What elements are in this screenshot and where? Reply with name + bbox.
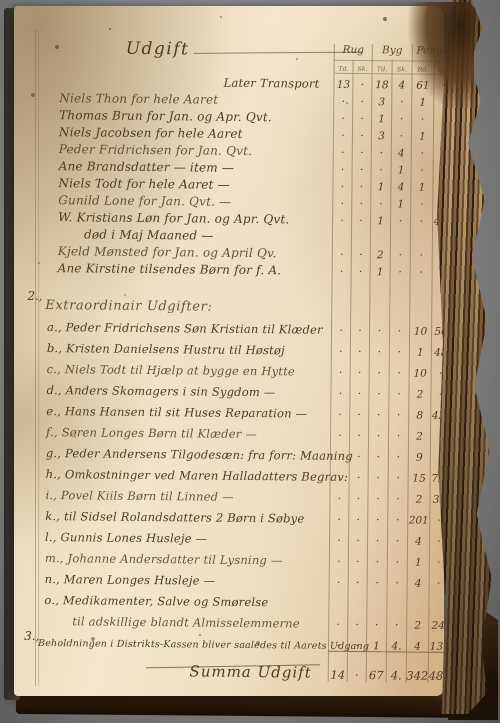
ledger-cell: 1 [370,261,390,278]
ledger-cell: · [388,400,408,421]
ledger-cell: · [329,547,348,568]
ledger-cell: · [368,463,388,484]
ledger-cell: 18 [371,74,391,91]
ledger-cell: · [332,193,351,210]
ledger-cell: · [352,159,371,176]
ledger-cell: · [349,421,368,442]
ledger-cell: 201 [407,506,429,527]
ledger-cell: · [387,568,407,589]
ledger-cell: · [351,261,370,278]
ledger-cell: · [348,505,367,526]
ledger-cell: · [367,484,387,505]
ledger-cell: · [351,210,370,227]
ledger-cell: · [330,463,349,484]
ledger-cell: · [332,261,351,278]
ledger-cell: · [328,610,347,631]
ledger-cell: 1 [366,631,386,652]
ledger-cell: 10 [409,359,431,380]
ledger-cell: 1 [391,159,411,176]
ledger-cell: · [329,568,348,589]
ledger-cell: · [333,108,352,125]
ledger-cell: 13 [333,74,352,91]
ledger-cell: · [348,568,367,589]
ledger-cell: · [368,400,388,421]
ledger-cell: · [367,568,387,589]
ledger-cell: 4 [407,527,429,548]
ledger-cell: · [329,505,348,526]
ledger-cell: · [332,244,351,261]
ledger-cell: · [391,91,411,108]
ledger-cell [366,589,386,610]
ledger-cell [406,590,428,611]
ledger-cell: · [389,337,409,358]
ledger-cell: · [387,547,407,568]
ledger-cell: 3 [371,91,391,108]
ledger-cell: 4. [386,631,406,652]
ledger-cell [328,589,347,610]
ledger-cell: 4 [390,176,410,193]
ledger-cell: · [329,526,348,547]
ledger-cell [389,278,409,291]
ledger-cell: · [390,261,410,278]
ledger-cell: · [391,125,411,142]
ledger-cell [331,278,350,291]
ledger-cell: · [410,211,432,228]
ledger-rows: Later Transport13·18461·Niels Thon for h… [38,71,458,683]
ledger-cell: · [410,245,432,262]
ledger-cell [350,291,369,316]
ledger-cell: · [332,176,351,193]
ledger-cell: · [410,262,432,279]
ledger-cell: 67 [366,651,386,682]
ledger-cell: · [371,142,391,159]
ledger-cell: 4. [386,651,406,682]
ledger-cell: 1 [410,177,432,194]
ledger-cell: · [331,358,350,379]
ledger-cell [369,278,389,291]
ledger-cell [332,227,351,244]
ledger-cell: · [390,244,410,261]
ledger-cell: 4 [391,74,411,91]
ledger-cell: · [391,108,411,125]
ledger-row: Summa Udgift14·674.34248. [38,649,452,683]
ledger-cell: · [368,442,388,463]
ledger-cell: · [347,631,366,652]
ledger-cell: · [348,526,367,547]
ledger-cell: · [388,421,408,442]
ledger-cell: 2 [408,422,430,443]
ledger-cell [386,589,406,610]
ledger-cell [331,291,350,316]
ledger-cell: · [347,610,366,631]
header-label-cell: Udgift [44,38,334,61]
ledger-cell: · [369,316,389,337]
ledger-cell: 3 [371,125,391,142]
page-title: Udgift [60,38,190,59]
ledger-cell: · [328,631,347,652]
ledger-cell: · [389,358,409,379]
ledger-cell [350,278,369,291]
ledger-cell: · [352,125,371,142]
ledger-cell: 4 [391,142,411,159]
ledger-cell [347,589,366,610]
ledger-cell [389,291,409,316]
ledger-cell: · [387,505,407,526]
ledger-cell: · [351,244,370,261]
ledger-cell: · [330,379,349,400]
ledger-cell: · [386,610,406,631]
ledger-cell: 10 [409,317,431,338]
ledger-cell: · [329,484,348,505]
ledger-cell: 1 [390,193,410,210]
ledger-cell: · [371,159,391,176]
photo-of-ledger-book: Udgift Rug Byg Penge Td. Sk. Td. Sk. Rd.… [0,0,500,723]
paper-speckles [14,6,16,8]
ledger-page: Udgift Rug Byg Penge Td. Sk. Td. Sk. Rd.… [14,6,444,696]
ledger-cell: · [331,316,350,337]
ledger-cell: · [387,526,407,547]
ledger-cell: · [331,337,350,358]
ledger-cell: · [352,108,371,125]
ledger-cell: · [333,142,352,159]
ledger-cell: · [352,91,371,108]
ledger-header-row: Udgift Rug Byg Penge [44,24,458,62]
ledger-cell: · [350,316,369,337]
ledger-cell: 9 [408,443,430,464]
ledger-cell: · [348,484,367,505]
ledger-cell: 2 [407,485,429,506]
ledger-cell: · [370,193,390,210]
ledger-cell: · [390,210,410,227]
ledger-cell: 8 [408,401,430,422]
ledger-cell: · [411,160,433,177]
row-label: Summa Udgift [38,661,328,682]
ledger-cell: · [350,358,369,379]
ledger-cell [351,227,370,244]
ledger-cell: · [411,143,433,160]
ledger-cell: · [349,442,368,463]
ledger-cell: · [367,547,387,568]
ledger-cell: · [366,610,386,631]
ledger-cell: 342 [406,652,428,683]
margin-section-number: 3., [24,629,39,643]
ledger-cell [370,227,390,244]
unit-cell: Td. [372,60,392,74]
ledger-cell: 2 [406,611,428,632]
ledger-cell: · [368,379,388,400]
ledger-cell: · [333,91,352,108]
ledger-cell: · [349,379,368,400]
ledger-cell: 4 [407,569,429,590]
ledger-cell: · [369,358,389,379]
ledger-cell: · [330,400,349,421]
ledger-cell: · [387,484,407,505]
ledger-cell: · [410,194,432,211]
ledger-cell: 2 [408,380,430,401]
ledger-cell: · [369,337,389,358]
ledger-cell: · [411,109,433,126]
ledger-cell: · [351,193,370,210]
ledger-cell [369,291,389,316]
ledger-cell: 4 [406,632,428,653]
ledger-table: Udgift Rug Byg Penge Td. Sk. Td. Sk. Rd.… [38,24,458,683]
ledger-cell: · [349,463,368,484]
ledger-cell: 1 [371,108,391,125]
ledger-cell: · [388,463,408,484]
unit-cell: Td. [334,60,353,74]
ledger-cell [390,227,410,244]
ledger-cell: · [352,74,371,91]
ledger-cell: · [330,421,349,442]
ledger-cell: · [333,159,352,176]
ledger-cell: 1 [370,176,390,193]
ledger-cell [409,292,431,317]
column-group-byg: Byg [372,44,412,61]
ledger-cell: 1 [370,210,390,227]
ledger-cell [409,279,431,292]
ledger-cell: · [367,526,387,547]
ledger-cell: 14 [328,651,347,682]
ledger-cell: · [368,421,388,442]
ledger-cell: · [349,400,368,421]
ledger-cell: 1 [411,126,433,143]
ledger-cell: · [388,379,408,400]
ledger-cell: 2 [370,244,390,261]
ledger-cell: · [332,210,351,227]
ledger-cell: · [330,442,349,463]
ledger-cell: · [348,547,367,568]
ledger-cell: · [367,505,387,526]
ledger-cell: 1 [409,338,431,359]
ledger-cell: 1 [407,548,429,569]
unit-cell: Sk. [353,60,372,74]
ledger-cell [410,228,432,245]
ledger-cell: · [352,142,371,159]
ledger-cell: · [333,125,352,142]
ledger-cell: · [350,337,369,358]
ledger-cell: 15 [408,464,430,485]
ledger-cell: · [347,651,366,682]
ledger-cell: · [388,442,408,463]
ledger-cell: · [389,316,409,337]
ledger-cell: · [351,176,370,193]
